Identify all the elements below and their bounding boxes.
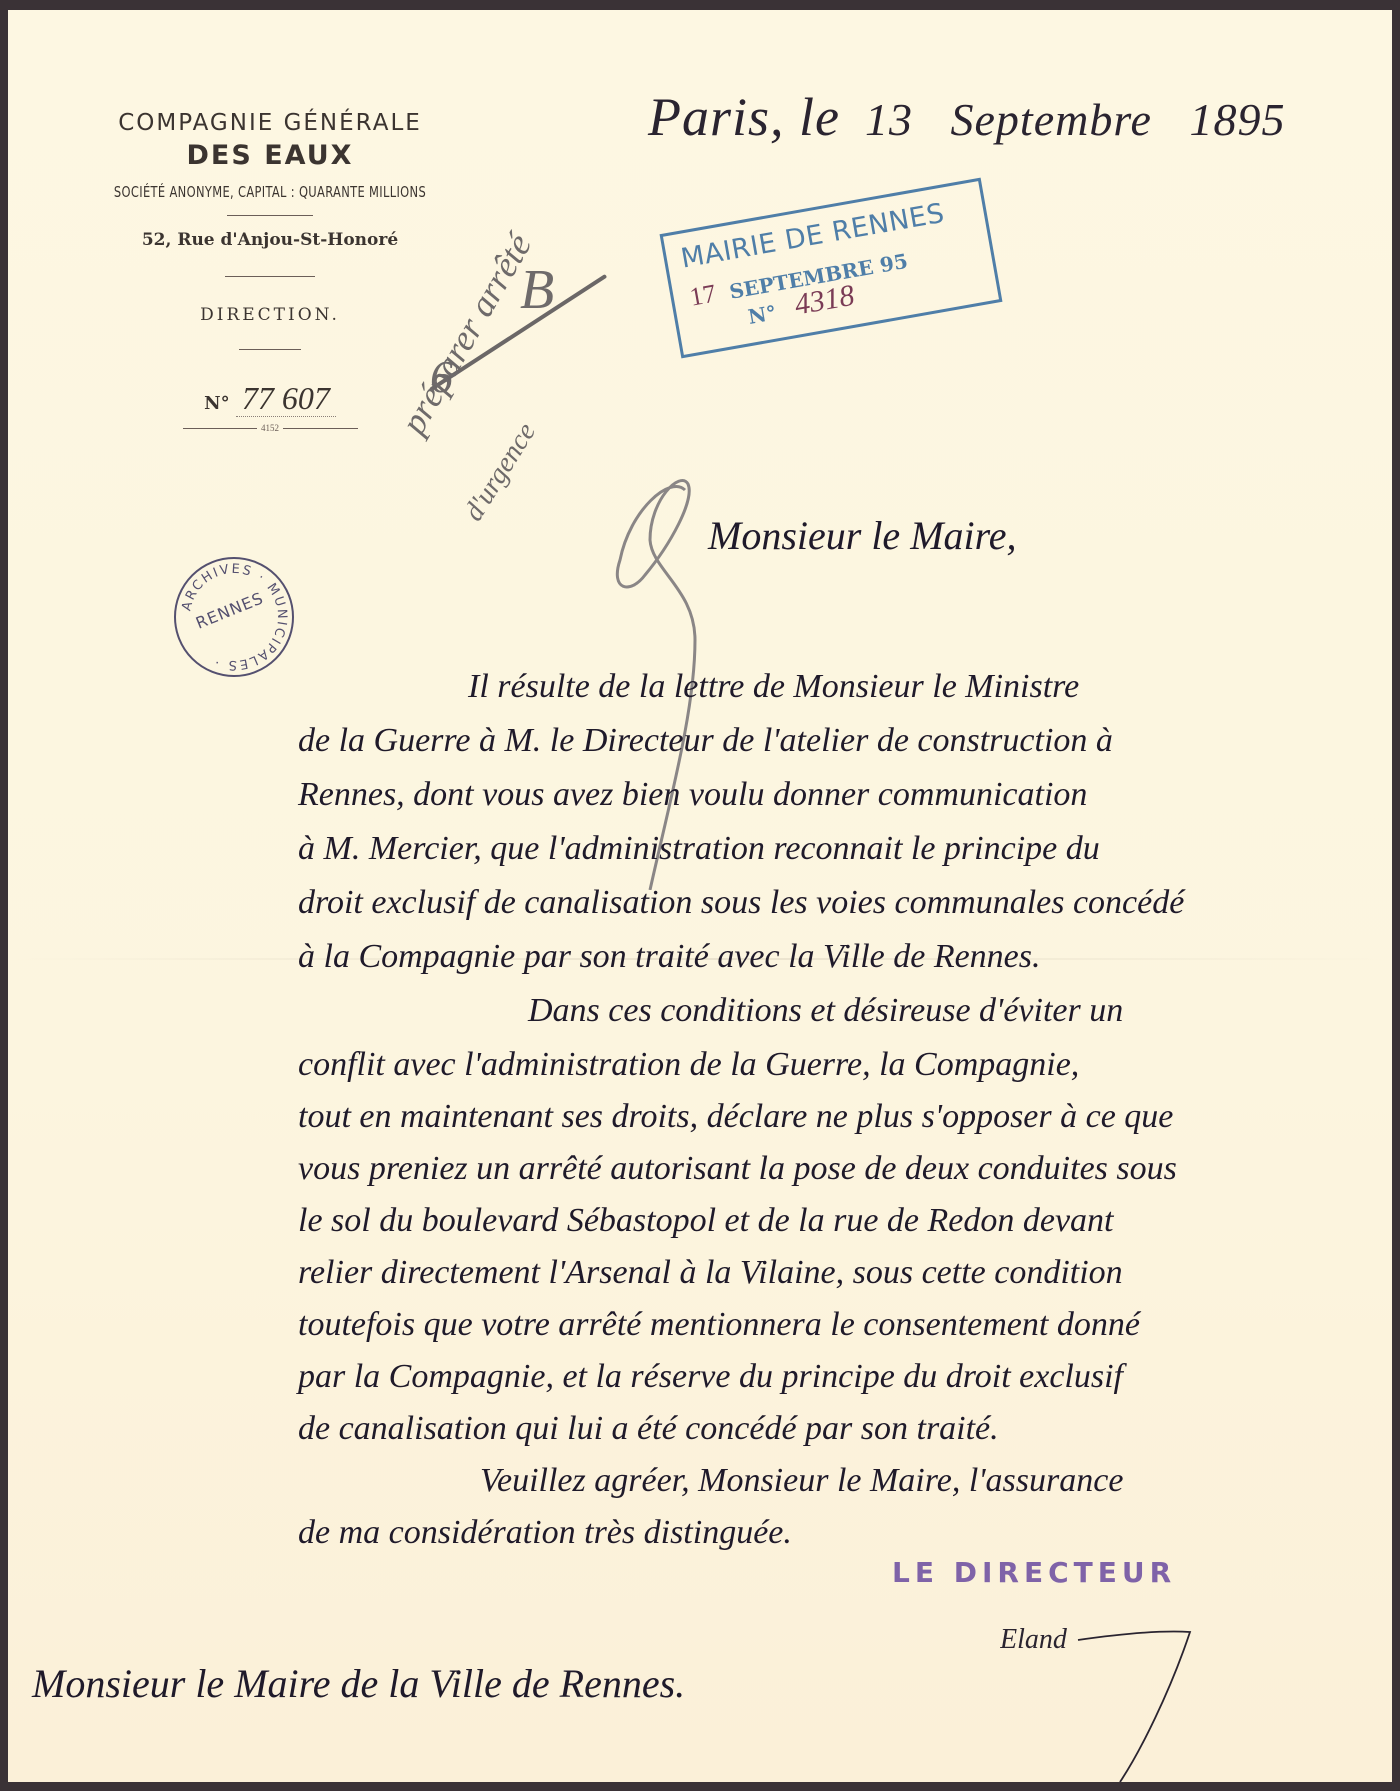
body-line: de canalisation qui lui a été concédé pa… [298,1410,999,1448]
body-line: le sol du boulevard Sébastopol et de la … [298,1202,1114,1240]
body-line: relier directement l'Arsenal à la Vilain… [298,1254,1123,1292]
divider [225,276,315,277]
company-name-line2: DES EAUX [70,140,470,171]
closing-line: Veuillez agréer, Monsieur le Maire, l'as… [480,1462,1123,1500]
reference-number-value: 77 607 [236,380,336,417]
directeur-stamp: LE DIRECTEUR [892,1556,1176,1589]
director-signature: Eland [1000,1612,1200,1782]
body-line: par la Compagnie, et la réserve du princ… [298,1358,1123,1396]
company-name-line1: COMPAGNIE GÉNÉRALE [70,110,470,136]
letterhead: COMPAGNIE GÉNÉRALE DES EAUX SOCIÉTÉ ANON… [70,110,470,433]
body-line: conflit avec l'administration de la Guer… [298,1046,1079,1084]
date-year: 1895 [1189,94,1285,145]
salutation: Monsieur le Maire, [708,512,1016,559]
body-line: toutefois que votre arrêté mentionnera l… [298,1306,1140,1344]
ornament-divider [227,215,313,216]
print-code: 4152 [261,423,279,433]
addressee-line: Monsieur le Maire de la Ville de Rennes. [32,1660,685,1707]
stamp-number-label: N° [746,300,778,329]
body-line: tout en maintenant ses droits, déclare n… [298,1098,1173,1136]
body-line: à M. Mercier, que l'administration recon… [298,830,1100,868]
divider [239,349,301,350]
body-line: Rennes, dont vous avez bien voulu donner… [298,776,1087,814]
archives-stamp: ARCHIVES · MUNICIPALES · RENNES [174,557,294,677]
print-code-rule: 4152 [183,423,358,433]
date-line: Paris, le 13 Septembre 1895 [648,86,1285,148]
closing-line: de ma considération très distinguée. [298,1514,792,1552]
reference-number-label: N° [204,393,229,414]
body-line: à la Compagnie par son traité avec la Vi… [298,938,1041,976]
body-line: Il résulte de la lettre de Monsieur le M… [468,668,1079,706]
stamp-day: 17 [687,279,718,313]
date-city: Paris, le [648,87,840,147]
company-address: 52, Rue d'Anjou-St-Honoré [70,230,470,250]
body-line: vous preniez un arrêté autorisant la pos… [298,1150,1177,1188]
body-line: de la Guerre à M. le Directeur de l'atel… [298,722,1113,760]
date-month: Septembre [951,94,1152,145]
date-day: 13 [865,94,913,145]
body-line: Dans ces conditions et désireuse d'évite… [528,992,1123,1030]
body-line: droit exclusif de canalisation sous les … [298,884,1184,922]
company-legal-line: SOCIÉTÉ ANONYME, CAPITAL : QUARANTE MILL… [100,183,440,201]
department-label: DIRECTION. [70,305,470,325]
svg-text:Eland: Eland [1000,1624,1068,1655]
